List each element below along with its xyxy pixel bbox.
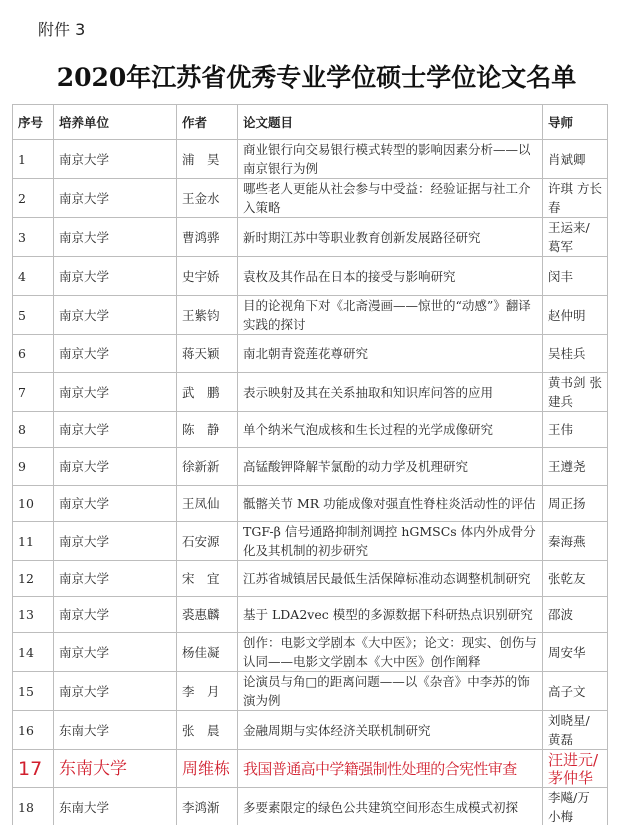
cell-advisor: 闵丰 [543, 257, 608, 296]
cell-title: 高锰酸钾降解苄氯酚的动力学及机理研究 [238, 448, 543, 486]
table-row: 12 南京大学 宋 宜 江苏省城镇居民最低生活保障标准动态调整机制研究 张乾友 [13, 561, 608, 597]
cell-advisor: 高子文 [543, 672, 608, 711]
cell-unit: 南京大学 [54, 296, 177, 335]
table-row: 9 南京大学 徐新新 高锰酸钾降解苄氯酚的动力学及机理研究 王遵尧 [13, 448, 608, 486]
cell-advisor: 刘晓星/黄磊 [543, 711, 608, 750]
cell-no: 15 [13, 672, 54, 711]
table-row: 11 南京大学 石安源 TGF-β 信号通路抑制剂调控 hGMSCs 体内外成骨… [13, 522, 608, 561]
cell-no: 1 [13, 140, 54, 179]
cell-author: 杨佳凝 [177, 633, 238, 672]
cell-advisor: 汪进元/茅仲华 [543, 750, 608, 788]
cell-unit: 南京大学 [54, 597, 177, 633]
header-advisor: 导师 [543, 105, 608, 140]
cell-advisor: 王遵尧 [543, 448, 608, 486]
cell-advisor: 李飚/万小梅 [543, 788, 608, 825]
table-row: 7 南京大学 武 鹏 表示映射及其在关系抽取和知识库问答的应用 黄书剑 张建兵 [13, 373, 608, 412]
cell-author: 史宇娇 [177, 257, 238, 296]
header-title: 论文题目 [238, 105, 543, 140]
cell-author: 周维栋 [177, 750, 238, 788]
cell-no: 11 [13, 522, 54, 561]
cell-unit: 南京大学 [54, 257, 177, 296]
document-title: 2020年江苏省优秀专业学位硕士学位论文名单 [0, 58, 633, 94]
cell-no: 9 [13, 448, 54, 486]
table-row: 1 南京大学 浦 昊 商业银行向交易银行模式转型的影响因素分析——以南京银行为例… [13, 140, 608, 179]
cell-advisor: 周正扬 [543, 486, 608, 522]
cell-author: 浦 昊 [177, 140, 238, 179]
cell-title: 金融周期与实体经济关联机制研究 [238, 711, 543, 750]
cell-no: 3 [13, 218, 54, 257]
cell-author: 武 鹏 [177, 373, 238, 412]
cell-no: 10 [13, 486, 54, 522]
cell-advisor: 赵仲明 [543, 296, 608, 335]
cell-unit: 东南大学 [54, 788, 177, 825]
table-row: 10 南京大学 王凤仙 骶髂关节 MR 功能成像对强直性脊柱炎活动性的评估 周正… [13, 486, 608, 522]
cell-title: 我国普通高中学籍强制性处理的合宪性审查 [238, 750, 543, 788]
cell-no: 4 [13, 257, 54, 296]
cell-author: 王凤仙 [177, 486, 238, 522]
table-header-row: 序号 培养单位 作者 论文题目 导师 [13, 105, 608, 140]
cell-title: 基于 LDA2vec 模型的多源数据下科研热点识别研究 [238, 597, 543, 633]
cell-unit: 南京大学 [54, 448, 177, 486]
cell-title: 江苏省城镇居民最低生活保障标准动态调整机制研究 [238, 561, 543, 597]
cell-title: 袁枚及其作品在日本的接受与影响研究 [238, 257, 543, 296]
cell-advisor: 黄书剑 张建兵 [543, 373, 608, 412]
table-row: 16 东南大学 张 晨 金融周期与实体经济关联机制研究 刘晓星/黄磊 [13, 711, 608, 750]
cell-advisor: 王伟 [543, 412, 608, 448]
cell-no: 6 [13, 335, 54, 373]
cell-title: 多要素限定的绿色公共建筑空间形态生成模式初探 [238, 788, 543, 825]
cell-advisor: 吴桂兵 [543, 335, 608, 373]
cell-title: 商业银行向交易银行模式转型的影响因素分析——以南京银行为例 [238, 140, 543, 179]
cell-author: 宋 宜 [177, 561, 238, 597]
cell-unit: 东南大学 [54, 750, 177, 788]
cell-no: 16 [13, 711, 54, 750]
table-row: 13 南京大学 裘惠麟 基于 LDA2vec 模型的多源数据下科研热点识别研究 … [13, 597, 608, 633]
cell-title: 目的论视角下对《北斋漫画——惊世的“动感”》翻译实践的探讨 [238, 296, 543, 335]
table-row: 6 南京大学 蒋天颖 南北朝青瓷莲花尊研究 吴桂兵 [13, 335, 608, 373]
cell-advisor: 王运来/葛军 [543, 218, 608, 257]
cell-advisor: 张乾友 [543, 561, 608, 597]
cell-title: 哪些老人更能从社会参与中受益：经验证据与社工介入策略 [238, 179, 543, 218]
cell-advisor: 秦海燕 [543, 522, 608, 561]
cell-unit: 南京大学 [54, 335, 177, 373]
cell-advisor: 许琪 方长春 [543, 179, 608, 218]
cell-author: 李 月 [177, 672, 238, 711]
cell-unit: 南京大学 [54, 373, 177, 412]
cell-no: 18 [13, 788, 54, 825]
cell-author: 王紫钧 [177, 296, 238, 335]
header-author: 作者 [177, 105, 238, 140]
cell-advisor: 肖斌卿 [543, 140, 608, 179]
cell-unit: 东南大学 [54, 711, 177, 750]
cell-author: 王金水 [177, 179, 238, 218]
cell-author: 李鸿渐 [177, 788, 238, 825]
cell-title: TGF-β 信号通路抑制剂调控 hGMSCs 体内外成骨分化及其机制的初步研究 [238, 522, 543, 561]
table-row: 14 南京大学 杨佳凝 创作：电影文学剧本《大中医》；论文：现实、创伤与认同——… [13, 633, 608, 672]
cell-no: 14 [13, 633, 54, 672]
cell-unit: 南京大学 [54, 561, 177, 597]
cell-title: 南北朝青瓷莲花尊研究 [238, 335, 543, 373]
cell-title: 创作：电影文学剧本《大中医》；论文：现实、创伤与认同——电影文学剧本《大中医》创… [238, 633, 543, 672]
cell-author: 曹鸿骅 [177, 218, 238, 257]
cell-title: 论演员与角□的距离问题——以《杂音》中李苏的饰演为例 [238, 672, 543, 711]
cell-no: 5 [13, 296, 54, 335]
cell-no: 8 [13, 412, 54, 448]
cell-unit: 南京大学 [54, 633, 177, 672]
cell-unit: 南京大学 [54, 672, 177, 711]
cell-unit: 南京大学 [54, 412, 177, 448]
table-row: 15 南京大学 李 月 论演员与角□的距离问题——以《杂音》中李苏的饰演为例 高… [13, 672, 608, 711]
cell-author: 张 晨 [177, 711, 238, 750]
table-row: 5 南京大学 王紫钧 目的论视角下对《北斋漫画——惊世的“动感”》翻译实践的探讨… [13, 296, 608, 335]
cell-no: 12 [13, 561, 54, 597]
cell-title: 单个纳米气泡成核和生长过程的光学成像研究 [238, 412, 543, 448]
table-row: 18 东南大学 李鸿渐 多要素限定的绿色公共建筑空间形态生成模式初探 李飚/万小… [13, 788, 608, 825]
cell-title: 骶髂关节 MR 功能成像对强直性脊柱炎活动性的评估 [238, 486, 543, 522]
cell-unit: 南京大学 [54, 140, 177, 179]
table-row-highlighted: 17 东南大学 周维栋 我国普通高中学籍强制性处理的合宪性审查 汪进元/茅仲华 [13, 750, 608, 788]
cell-author: 蒋天颖 [177, 335, 238, 373]
cell-no: 2 [13, 179, 54, 218]
table-row: 4 南京大学 史宇娇 袁枚及其作品在日本的接受与影响研究 闵丰 [13, 257, 608, 296]
cell-unit: 南京大学 [54, 522, 177, 561]
cell-advisor: 邵波 [543, 597, 608, 633]
table-row: 8 南京大学 陈 静 单个纳米气泡成核和生长过程的光学成像研究 王伟 [13, 412, 608, 448]
cell-unit: 南京大学 [54, 486, 177, 522]
attachment-label: 附件 3 [38, 17, 85, 40]
header-unit: 培养单位 [54, 105, 177, 140]
cell-title: 表示映射及其在关系抽取和知识库问答的应用 [238, 373, 543, 412]
table-row: 3 南京大学 曹鸿骅 新时期江苏中等职业教育创新发展路径研究 王运来/葛军 [13, 218, 608, 257]
cell-author: 石安源 [177, 522, 238, 561]
header-no: 序号 [13, 105, 54, 140]
cell-no: 13 [13, 597, 54, 633]
cell-advisor: 周安华 [543, 633, 608, 672]
cell-author: 陈 静 [177, 412, 238, 448]
cell-title: 新时期江苏中等职业教育创新发展路径研究 [238, 218, 543, 257]
cell-no: 7 [13, 373, 54, 412]
cell-unit: 南京大学 [54, 179, 177, 218]
table-row: 2 南京大学 王金水 哪些老人更能从社会参与中受益：经验证据与社工介入策略 许琪… [13, 179, 608, 218]
thesis-list-table: 序号 培养单位 作者 论文题目 导师 1 南京大学 浦 昊 商业银行向交易银行模… [12, 104, 608, 825]
cell-no: 17 [13, 750, 54, 788]
cell-unit: 南京大学 [54, 218, 177, 257]
cell-author: 裘惠麟 [177, 597, 238, 633]
cell-author: 徐新新 [177, 448, 238, 486]
